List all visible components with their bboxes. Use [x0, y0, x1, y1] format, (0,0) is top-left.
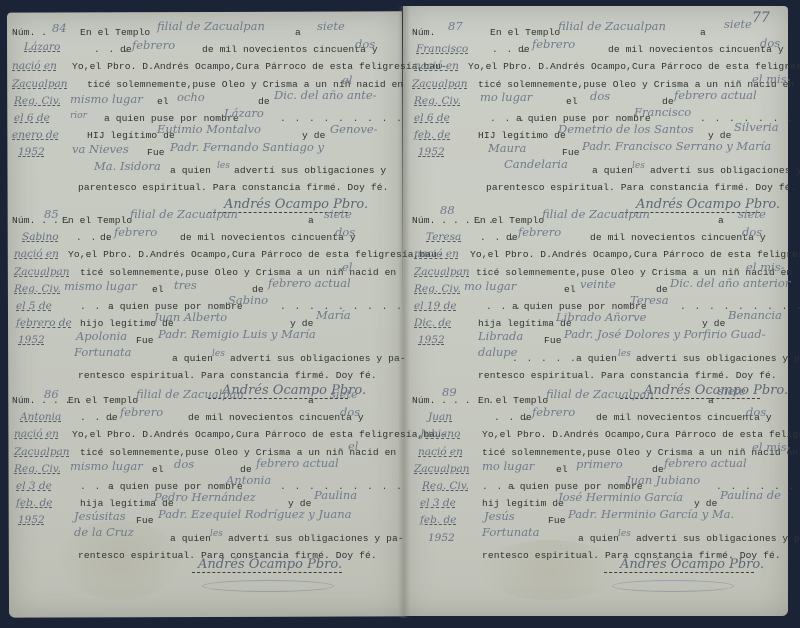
godparents: Padr. Ezequiel Rodríguez y Juana — [158, 506, 352, 523]
entry-number: 87 — [448, 18, 463, 35]
text-fue: Fue — [136, 512, 154, 529]
text-a: a — [308, 212, 314, 229]
born-day: primero — [576, 456, 623, 473]
advised-whom: les — [210, 526, 223, 543]
text-el: el — [152, 461, 164, 478]
year-text: de mil novecientos cincuenta y — [202, 41, 378, 58]
text-el: el — [566, 93, 578, 110]
obligations-text: advertí sus obligaciones y — [650, 162, 800, 179]
text-a: a — [708, 392, 714, 409]
child-name: Lázaro — [224, 105, 264, 122]
advised-whom: les — [217, 158, 230, 175]
entry-number: 86 — [44, 386, 59, 403]
born-place-2: mo lugar — [482, 458, 534, 475]
obligations-text: advertí sus obligaciones y pa- — [228, 530, 404, 547]
born-place-2: mismo lugar — [70, 458, 143, 475]
margin-place: Zacualpan — [414, 461, 470, 478]
margin-month: febrero de — [16, 315, 72, 332]
text-a: a — [700, 24, 706, 41]
closing-text: parentesco espiritual. Para constancia f… — [78, 179, 388, 196]
father-name: José Herminio García — [558, 489, 683, 506]
temple-name: filial de Zacualpan — [546, 386, 654, 403]
child-name: Juan Jubiano — [626, 472, 700, 489]
baptism-day: siete — [738, 206, 766, 223]
text-de: de — [106, 409, 118, 426]
text-de: de — [506, 229, 518, 246]
year-text: de mil novecientos cincuenta y — [608, 41, 784, 58]
text-el: el — [157, 93, 169, 110]
text-a-quien: a quien — [576, 350, 617, 367]
text-de: de — [100, 229, 112, 246]
text-a-quien: a quien — [172, 350, 213, 367]
text-a: a — [308, 392, 314, 409]
margin-place: Zacualpan — [14, 264, 70, 281]
text-de: de — [520, 409, 532, 426]
obligations-text: advertí sus obligaciones y pa- — [636, 350, 800, 367]
entry-number: 85 — [44, 206, 59, 223]
margin-month: feb. de — [414, 127, 450, 144]
advised-whom: les — [618, 526, 631, 543]
born-place: el mis- — [752, 439, 791, 456]
margin-name: Lázaro — [24, 39, 60, 56]
father-name: Demetrio de los Santos — [558, 121, 694, 138]
year-suffix: dos — [746, 404, 766, 421]
text-a: a — [718, 212, 724, 229]
margin-year: 1952 — [418, 144, 445, 161]
margin-registry: Reg. Civ. — [14, 461, 61, 478]
godparents: Padr. Francisco Serrano y María — [582, 138, 771, 155]
margin-place: Zacualpan — [12, 76, 68, 93]
godparents: Padr. Remigio Luis y María — [158, 326, 316, 343]
text-fue: Fue — [544, 332, 562, 349]
baptism-entry-86: Núm. . . . .86En el Templofilial de Zacu… — [12, 392, 392, 564]
godparents: Padr. Herminio García y Ma. — [568, 506, 734, 523]
margin-date: el 19 de — [414, 298, 457, 315]
born-place-2: mismo lugar — [70, 91, 143, 108]
baptism-day: siete — [324, 206, 352, 223]
year-text: de mil novecientos cincuenta y — [180, 229, 356, 246]
born-place-2: mismo lugar — [64, 278, 137, 295]
signature-line — [192, 572, 342, 573]
margin-place: Zacualpan — [414, 264, 470, 281]
year-text: de mil novecientos cincuenta y — [590, 229, 766, 246]
advised-whom: les — [618, 346, 631, 363]
godparents-2: Candelaria — [504, 156, 568, 173]
born-month: Dic. del año anterior — [670, 275, 790, 292]
margin-place: Zacualpan — [14, 444, 70, 461]
baptism-month: febrero — [532, 36, 575, 53]
margin-year: 1952 — [418, 332, 445, 349]
priest-text: Yo,el Pbro. D.Andrés Ocampo,Cura Párroco… — [72, 58, 447, 75]
born-place: el mis- — [746, 259, 785, 276]
text-a: a — [295, 24, 301, 41]
open-register-book: 77 Núm. . 84En el Templofilial de Zacual… — [0, 0, 800, 628]
margin-year: 1952 — [18, 512, 45, 529]
mother-name: María — [316, 307, 351, 324]
text-a-quien: a quien — [170, 530, 211, 547]
margin-date: el 3 de — [420, 495, 456, 512]
born-month: Dic. del año ante- — [274, 87, 377, 104]
margin-month: feb. de — [16, 495, 52, 512]
text-a-quien: a quien — [592, 162, 633, 179]
born-month: febrero actual — [674, 87, 757, 104]
entry-number: 88 — [440, 202, 455, 219]
margin-registry: Reg. Civ. — [14, 93, 61, 110]
year-suffix: dos — [742, 224, 762, 241]
baptism-day: siete — [718, 383, 746, 400]
child-name: Francisco — [634, 104, 691, 121]
father-name: Juan Alberto — [154, 309, 227, 326]
mother-name: Silveria — [734, 119, 779, 136]
obligations-text: advertí sus obligaciones y — [234, 162, 386, 179]
priest-text: Yo,el Pbro. D.Andrés Ocampo,Cura Párroco… — [68, 246, 443, 263]
text-a-quien: a quien — [170, 162, 211, 179]
margin-month: Dic. de — [414, 315, 451, 332]
margin-born: nació en — [12, 58, 57, 75]
margin-registry: Reg. Civ. — [414, 93, 461, 110]
temple-name: filial de Zacualpan — [558, 18, 666, 35]
margin-registry: Reg. Civ. — [14, 281, 61, 298]
father-name: Librado Añorve — [556, 309, 646, 326]
signature-line — [604, 572, 754, 573]
margin-born: nació en — [418, 444, 463, 461]
baptism-month: febrero — [132, 37, 175, 54]
mother-name: Benancia — [728, 307, 782, 324]
margin-registry: Reg. Civ. — [414, 281, 461, 298]
baptism-month: febrero — [518, 224, 561, 241]
mother-name: Paulina — [314, 487, 357, 504]
baptism-entry-87: Núm.87En el Templofilial de Zacualpanasi… — [412, 24, 792, 196]
born-place: el mis- — [752, 71, 791, 88]
signature-flourish — [612, 580, 734, 592]
text-de: de — [120, 41, 132, 58]
godparents-2: Fortunata — [482, 524, 540, 541]
entry-number: 84 — [52, 20, 67, 37]
born-month-2: rior — [70, 108, 87, 125]
born-place-2: mo lugar — [480, 89, 532, 106]
godparents-2: Ma. Isidora — [94, 158, 161, 175]
entry-number-label: Núm. . — [12, 27, 47, 38]
margin-year: 1952 — [18, 332, 45, 349]
margin-name: Antonia — [20, 409, 61, 426]
priest-signature: Andrés Ocampo Pbro. — [198, 556, 342, 573]
entry-number-label: Núm. — [412, 27, 435, 38]
margin-born: nació en — [414, 246, 459, 263]
text-fue: Fue — [548, 512, 566, 529]
born-month: febrero actual — [268, 275, 351, 292]
margin-date: el 5 de — [16, 298, 52, 315]
child-name: Sabino — [228, 292, 268, 309]
born-place: el — [342, 259, 352, 276]
margin-name: Francisco — [416, 41, 468, 58]
margin-month: enero de — [12, 127, 59, 144]
baptism-entry-85: Núm. . . .85En el Templofilial de Zacual… — [12, 212, 392, 384]
margin-name: Juan — [428, 409, 452, 426]
father-name: Eutimio Montalvo — [157, 121, 261, 138]
margin-year: 1952 — [18, 144, 45, 161]
mother-name-2: va Nieves — [72, 141, 129, 158]
baptism-month: febrero — [114, 224, 157, 241]
margin-born: nació en — [14, 246, 59, 263]
baptism-entry-89: Núm. . . . . .89En el Templofilial de Za… — [412, 392, 792, 564]
temple-name: filial de Zacualpan — [157, 18, 265, 35]
text-el: el — [152, 281, 164, 298]
obligations-text: advertí sus obligaciones y pa- — [230, 350, 406, 367]
margin-date: el 6 de — [414, 110, 450, 127]
margin-born: nació en — [414, 58, 459, 75]
child-name: Teresa — [630, 292, 669, 309]
text-fue: Fue — [136, 332, 154, 349]
text-a-quien: a quien — [578, 530, 619, 547]
temple-name: filial de Zacualpan — [130, 206, 238, 223]
child-name: Antonia — [226, 472, 271, 489]
year-suffix: dos — [355, 36, 375, 53]
margin-name: Sabino — [22, 229, 59, 246]
margin-born: nació en — [14, 426, 59, 443]
margin-month: feb. de — [420, 512, 456, 529]
godparents-2: Fortunata — [74, 344, 132, 361]
margin-place: Zacualpan — [412, 76, 468, 93]
temple-name: filial de Zacualpan — [542, 206, 650, 223]
godparents: Padr. Fernando Santiago y — [170, 139, 324, 156]
closing-text: parentesco espiritual. Para constancia f… — [486, 179, 796, 196]
year-suffix: dos — [760, 35, 780, 52]
margin-name-2: Jubiano — [420, 426, 460, 443]
baptism-day: siete — [317, 18, 345, 35]
advised-whom: les — [632, 158, 645, 175]
year-suffix: dos — [335, 224, 355, 241]
signature-flourish — [202, 580, 334, 592]
godparents: Padr. José Dolores y Porfirio Guad- — [564, 326, 765, 343]
baptism-month: febrero — [120, 404, 163, 421]
baptism-day: siete — [330, 386, 358, 403]
advised-whom: les — [212, 346, 225, 363]
mother-name: Genove- — [330, 121, 378, 138]
text-el: el — [564, 281, 576, 298]
born-day: ocho — [177, 89, 205, 106]
born-place-2: mo lugar — [464, 278, 516, 295]
margin-registry: Reg. Civ. — [422, 478, 469, 495]
priest-text: Yo,el Pbro. D.Andrés Ocampo,Cura Párroco… — [468, 58, 800, 75]
born-day: dos — [174, 456, 194, 473]
born-day: veinte — [580, 276, 616, 293]
born-day: dos — [590, 88, 610, 105]
mother-name: Paulina de — [720, 487, 781, 504]
baptism-month: febrero — [532, 404, 575, 421]
baptism-day: siete — [724, 16, 752, 33]
margin-name: Teresa — [426, 229, 461, 246]
obligations-text: advertí sus obligaciones y pa- — [636, 530, 800, 547]
baptism-entry-88: Núm. . . . . .88En el Templofilial de Za… — [412, 212, 792, 384]
godparents-2: de la Cruz — [74, 524, 134, 541]
born-day: tres — [174, 277, 197, 294]
year-text: de mil novecientos cincuenta y — [188, 409, 364, 426]
temple-name: filial de Zacualpan — [136, 386, 244, 403]
margin-date: el 6 de — [14, 110, 50, 127]
father-name: Pedro Hernández — [154, 489, 256, 506]
born-month: febrero actual — [664, 455, 747, 472]
born-month: febrero actual — [256, 455, 339, 472]
text-el: el — [556, 461, 568, 478]
priest-text: Yo,el Pbro. D.Andrés Ocampo,Cura Párroco… — [72, 426, 447, 443]
entry-number: 89 — [442, 384, 457, 401]
margin-date: el 3 de — [16, 478, 52, 495]
priest-signature: Andrés Ocampo Pbro. — [620, 556, 764, 573]
year-suffix: dos — [340, 404, 360, 421]
margin-year: 1952 — [428, 530, 455, 547]
born-place: el — [348, 438, 358, 455]
text-de: de — [518, 41, 530, 58]
baptism-entry-84: Núm. . 84En el Templofilial de Zacualpan… — [12, 24, 392, 196]
